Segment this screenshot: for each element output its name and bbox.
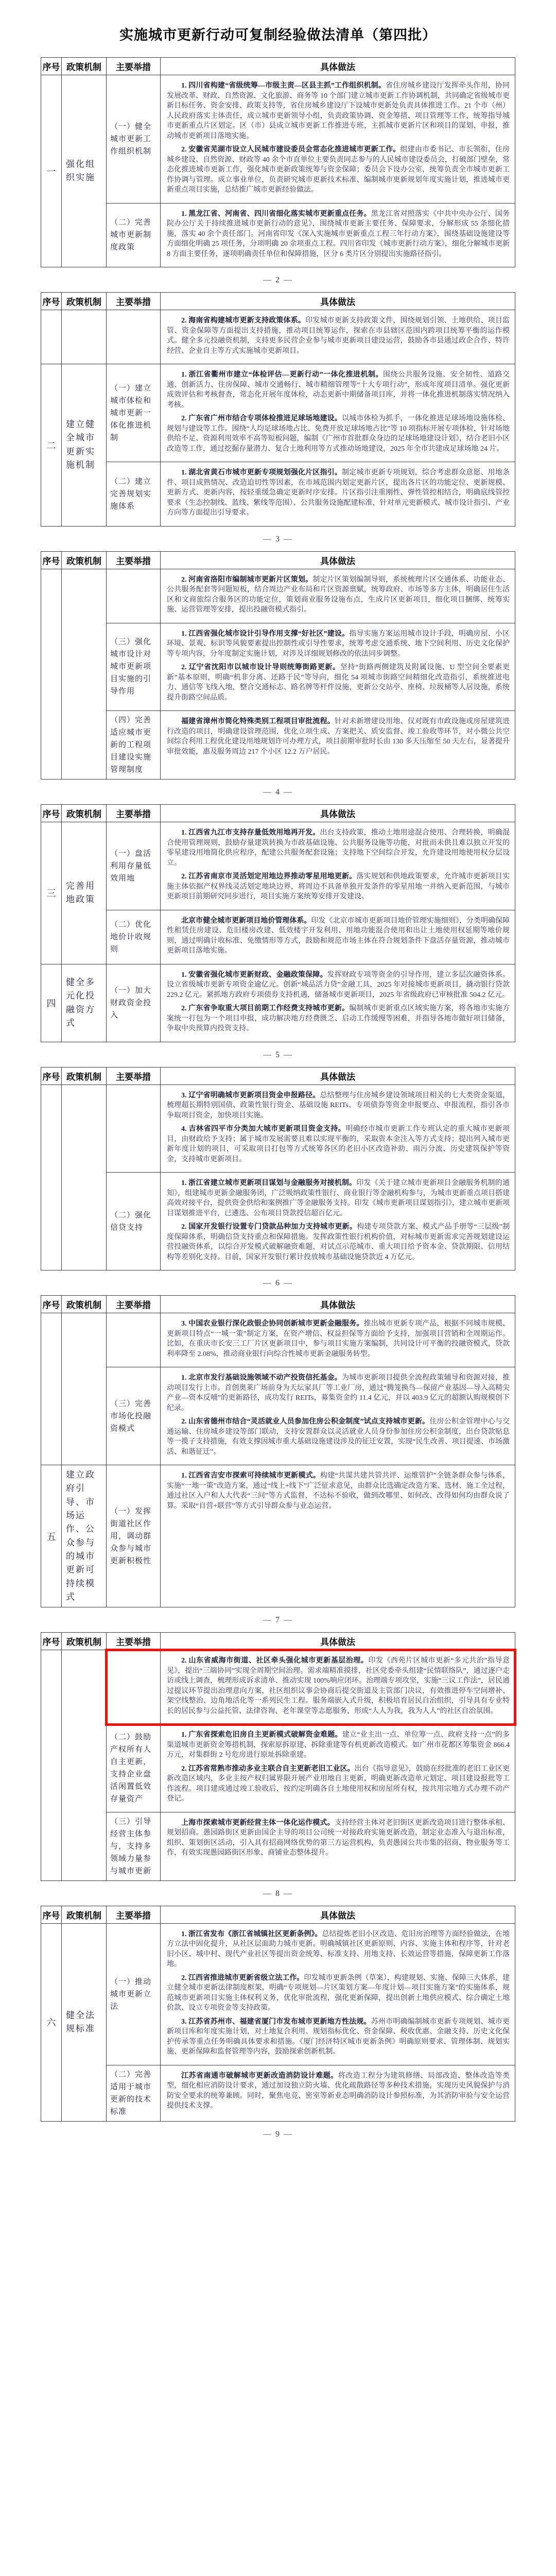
- practice-item: 3. 辽宁省明确城市更新项目资金申报路径。总结整理与住房城乡建设领域项目相关的七…: [167, 1091, 510, 1121]
- practice-cell: 上海市探索城市更新经营主体一体化运作模式。支持经营主体对老旧街区更新改造项目进行…: [161, 1812, 515, 1880]
- section-row: 2. 河南省洛阳市编制城市更新片区策划。制定片区策划编制导则，系统梳理片区交通体…: [41, 569, 515, 779]
- measure-row: （二）鼓励产权所有人自主更新，支持企业盘活闲置低效存量资产1. 广东省探索危旧房…: [107, 1724, 515, 1812]
- page-table: 序号政策机制主要举措具体做法3. 辽宁省明确城市更新项目资金申报路径。总结整理与…: [41, 1067, 515, 1271]
- header-cell-mechanism: 政策机制: [62, 1906, 107, 1923]
- measures-wrapper: （一）推动城市更新立法1. 浙江省发布《浙江省城镇社区更新条例》。总结提炼老旧小…: [107, 1924, 515, 2121]
- practice-item: 2. 安徽省芜湖市设立人民城市建设委员会常态化推进城市更新工作。组建由市委书记、…: [167, 145, 510, 195]
- page-marker: — 4 —: [41, 788, 515, 797]
- measures-wrapper: （一）发挥街道社区作用，调动群众参与城市更新积极性1. 江西省吉安市探索可持续城…: [107, 1465, 515, 1607]
- practice-item: 2. 辽宁省沈阳市以城市设计导则统筹街路更新。坚持“街路两侧建筑及附属设施、U …: [167, 663, 510, 703]
- header-cell-mechanism: 政策机制: [62, 1067, 107, 1084]
- practice-item: 3. 江苏省苏州市、福建省厦门市发布城市更新地方性法规。苏州市明确编制城市更新专…: [167, 2017, 510, 2057]
- page-table: 序号政策机制主要举措具体做法2. 山东省威海市街道、社区牵头强化城市更新基层治理…: [41, 1632, 515, 1881]
- practice-item: 2. 山东省威海市街道、社区牵头强化城市更新基层治理。印发《西苑片区城市更新“多…: [167, 1656, 510, 1716]
- item-lead: 1. 黑龙江省、河南省、四川省细化落实城市更新重点任务。: [181, 210, 371, 218]
- section-row: 2. 山东省威海市街道、社区牵头强化城市更新基层治理。印发《西苑片区城市更新“多…: [41, 1650, 515, 1880]
- item-lead: 3. 辽宁省明确城市更新项目资金申报路径。: [181, 1092, 320, 1099]
- page-marker: — 7 —: [41, 1616, 515, 1625]
- measure-label: [107, 1650, 161, 1724]
- page-marker: — 9 —: [41, 2130, 515, 2139]
- section-row: 三完善用地政策（一）盘活利用存量低效用地1. 江西省九江市支持存量低效用地再开发…: [41, 822, 515, 964]
- header-cell-no: 序号: [41, 552, 62, 569]
- item-lead: 2. 海南省构建城市更新支持政策体系。: [181, 317, 305, 325]
- practice-item: 上海市探索城市更新经营主体一体化运作模式。支持经营主体对老旧街区更新改造项目进行…: [167, 1818, 510, 1858]
- measure-row: （四）完善适应城市更新的工程项目建设实施管理制度福建省漳州市简化特殊类别工程项目…: [107, 711, 515, 779]
- measure-label: （一）加大财政资金投入: [107, 964, 161, 1042]
- item-lead: 2. 广东省广州市结合专项体检推进足球场地建设。: [181, 415, 342, 422]
- practice-cell: 2. 山东省威海市街道、社区牵头强化城市更新基层治理。印发《西苑片区城市更新“多…: [161, 1650, 515, 1724]
- header-cell-practice: 具体做法: [161, 293, 515, 310]
- section-number: 五: [41, 1465, 62, 1607]
- practice-cell: 1. 江西省九江市支持存量低效用地再开发。出台支持政策，推动土地用途混合使用、合…: [161, 822, 515, 910]
- measures-wrapper: 2. 河南省洛阳市编制城市更新片区策划。制定片区策划编制导则，系统梳理片区交通体…: [107, 569, 515, 779]
- item-lead: 1. 湖北省黄石市城市更新专项规划强化片区指引。: [181, 469, 342, 477]
- item-lead: 1. 江西省吉安市探索可持续城市更新模式。: [181, 1472, 320, 1480]
- measure-label: （一）盘活利用存量低效用地: [107, 822, 161, 910]
- practice-cell: 1. 四川省构建“省级统筹—市级主责—区县主抓”工作组织机制。省住房城乡建设厅发…: [161, 75, 515, 203]
- measure-label: [107, 1313, 161, 1367]
- measure-label: （二）建立完善规划实施体系: [107, 462, 161, 526]
- measure-label: （一）建立城市体检和城市更新一体化推进机制: [107, 364, 161, 462]
- section-number: [41, 1313, 62, 1465]
- table-header-row: 序号政策机制主要举措具体做法: [41, 1633, 515, 1650]
- header-cell-no: 序号: [41, 58, 62, 75]
- measures-wrapper: 2. 山东省威海市街道、社区牵头强化城市更新基层治理。印发《西苑片区城市更新“多…: [107, 1650, 515, 1880]
- mechanism-label: 健全法规标准: [62, 1924, 107, 2121]
- header-cell-mechanism: 政策机制: [62, 293, 107, 310]
- item-lead: 3. 江苏省苏州市、福建省厦门市发布城市更新地方性法规。: [181, 2018, 371, 2026]
- measure-row: 2. 海南省构建城市更新支持政策体系。印发城市更新支持政策文件，围绕规划引领、土…: [107, 310, 515, 364]
- measure-row: （一）盘活利用存量低效用地1. 江西省九江市支持存量低效用地再开发。出台支持政策…: [107, 822, 515, 910]
- header-cell-practice: 具体做法: [161, 1633, 515, 1650]
- item-lead: 福建省漳州市简化特殊类别工程项目审批流程。: [181, 718, 335, 725]
- header-cell-practice: 具体做法: [161, 805, 515, 822]
- practice-item: 1. 北京市发行基础设施领域不动产投资信托基金。为城市更新项目提供全流程政策辅导…: [167, 1373, 510, 1413]
- practice-item: 1. 江西省强化城市设计引导作用支撑“好社区”建设。指导实施方案运用城市设计手段…: [167, 629, 510, 659]
- practice-item: 福建省漳州市简化特殊类别工程项目审批流程。针对未新增建设用地、仅对既有市政设施或…: [167, 717, 510, 757]
- measures-wrapper: 3. 辽宁省明确城市更新项目资金申报路径。总结整理与住房城乡建设领域项目相关的七…: [107, 1085, 515, 1270]
- section-row: 一强化组织实施（一）健全城市更新工作组织机制1. 四川省构建“省级统筹—市级主责…: [41, 75, 515, 267]
- practice-cell: 1. 浙江省发布《浙江省城镇社区更新条例》。总结提炼老旧小区改造、危旧房治理等方…: [161, 1924, 515, 2065]
- measures-wrapper: 3. 中国农业银行深化政银企协同创新城市更新金融服务。推出城市更新专项产品，根据…: [107, 1313, 515, 1465]
- practice-cell: 1. 广东省探索危旧房自主更新模式破解资金难题。建立“业主出一点、单位筹一点、政…: [161, 1724, 515, 1812]
- practice-item: 2. 山东省德州市结合“灵活就业人员参加住房公积金制度”试点支持城市更新。住房公…: [167, 1417, 510, 1457]
- practice-item: 北京市健全城市更新项目地价管理体系。印发《北京市城市更新项目地价管理实施细则》，…: [167, 916, 510, 956]
- measure-row: （一）发挥街道社区作用，调动群众参与城市更新积极性1. 江西省吉安市探索可持续城…: [107, 1465, 515, 1607]
- page-marker: — 2 —: [41, 276, 515, 285]
- measure-label: [107, 569, 161, 623]
- measure-label: （一）健全城市更新工作组织机制: [107, 75, 161, 203]
- item-lead: 2. 江苏省南京市灵活划定用地边界推动零星用地更新。: [181, 873, 356, 880]
- section-row: 六健全法规标准（一）推动城市更新立法1. 浙江省发布《浙江省城镇社区更新条例》。…: [41, 1924, 515, 2121]
- measure-label: （二）优化地价计收规则: [107, 910, 161, 964]
- practice-item: 4. 吉林省四平市分类加大城市更新项目资金支持。明确经市城市更新工作专班认定的重…: [167, 1124, 510, 1164]
- measures-wrapper: （一）加大财政资金投入1. 安徽省强化城市更新财政、金融政策保障。发挥财政专项等…: [107, 964, 515, 1042]
- page-table: 序号政策机制主要举措具体做法三完善用地政策（一）盘活利用存量低效用地1. 江西省…: [41, 804, 515, 1042]
- section-row: 二建立健全城市更新实施机制（一）建立城市体检和城市更新一体化推进机制1. 浙江省…: [41, 364, 515, 526]
- measure-row: （二）完善适用于城市更新的技术标准江苏省南通市破解城市更新改造消防设计难题。将改…: [107, 2065, 515, 2121]
- measure-row: （三）强化城市设计对城市更新项目实施的引导作用1. 江西省强化城市设计引导作用支…: [107, 623, 515, 711]
- item-lead: 2. 广东省争取重大项目前期工作经费支持城市更新。: [181, 1005, 349, 1012]
- measure-row: 3. 辽宁省明确城市更新项目资金申报路径。总结整理与住房城乡建设领域项目相关的七…: [107, 1085, 515, 1173]
- header-cell-measure: 主要举措: [107, 1067, 161, 1084]
- table-header-row: 序号政策机制主要举措具体做法: [41, 805, 515, 822]
- measure-row: （二）建立完善规划实施体系1. 湖北省黄石市城市更新专项规划强化片区指引。制定城…: [107, 462, 515, 526]
- practice-cell: 1. 湖北省黄石市城市更新专项规划强化片区指引。制定城市更新专项规划，综合考虑群…: [161, 462, 515, 526]
- mechanism-label: 强化组织实施: [62, 75, 107, 267]
- item-lead: 1. 浙江省建立城市更新项目谋划与金融服务对接机制。: [181, 1179, 356, 1187]
- section-row: 2. 海南省构建城市更新支持政策体系。印发城市更新支持政策文件，围绕规划引领、土…: [41, 310, 515, 364]
- item-lead: 1. 江西省九江市支持存量低效用地再开发。: [181, 829, 320, 837]
- header-cell-practice: 具体做法: [161, 1067, 515, 1084]
- section-number: 三: [41, 822, 62, 964]
- section-number: [41, 1650, 62, 1880]
- measure-row: 3. 中国农业银行深化政银企协同创新城市更新金融服务。推出城市更新专项产品，根据…: [107, 1313, 515, 1367]
- item-lead: 3. 中国农业银行深化政银企协同创新城市更新金融服务。: [181, 1320, 364, 1328]
- practice-cell: 1. 江西省强化城市设计引导作用支撑“好社区”建设。指导实施方案运用城市设计手段…: [161, 623, 515, 711]
- section-number: [41, 1085, 62, 1270]
- page-table: 序号政策机制主要举措具体做法一强化组织实施（一）健全城市更新工作组织机制1. 四…: [41, 57, 515, 267]
- measure-row: （三）引导经营主体参与，支持多领域力量参与城市更新上海市探索城市更新经营主体一体…: [107, 1812, 515, 1880]
- practice-item: 2. 国家开发银行设置专门贷款品种加力支持城市更新。构建专项贷款方案、模式产品手…: [167, 1222, 510, 1262]
- item-lead: 1. 北京市发行基础设施领域不动产投资信托基金。: [181, 1374, 342, 1382]
- header-cell-no: 序号: [41, 1296, 62, 1313]
- measure-row: （二）强化信贷支持1. 浙江省建立城市更新项目谋划与金融服务对接机制。印发《关于…: [107, 1173, 515, 1270]
- table-header-row: 序号政策机制主要举措具体做法: [41, 1906, 515, 1924]
- header-cell-no: 序号: [41, 1906, 62, 1923]
- practice-cell: 福建省漳州市简化特殊类别工程项目审批流程。针对未新增建设用地、仅对既有市政设施或…: [161, 711, 515, 779]
- header-cell-mechanism: 政策机制: [62, 1296, 107, 1313]
- measure-row: （一）健全城市更新工作组织机制1. 四川省构建“省级统筹—市级主责—区县主抓”工…: [107, 75, 515, 204]
- practice-cell: 2. 海南省构建城市更新支持政策体系。印发城市更新支持政策文件，围绕规划引领、土…: [161, 310, 515, 364]
- item-lead: 2. 安徽省芜湖市设立人民城市建设委员会常态化推进城市更新工作。: [181, 146, 400, 154]
- header-cell-measure: 主要举措: [107, 1296, 161, 1313]
- practice-item: 1. 浙江省发布《浙江省城镇社区更新条例》。总结提炼老旧小区改造、危旧房治理等方…: [167, 1929, 510, 1970]
- practice-item: 江苏省南通市破解城市更新改造消防设计难题。将改造工程分为建筑修缮、局部改造、整体…: [167, 2071, 510, 2111]
- red-highlight-box: 2. 山东省威海市街道、社区牵头强化城市更新基层治理。印发《西苑片区城市更新“多…: [107, 1650, 515, 1724]
- item-lead: 江苏省南通市破解城市更新改造消防设计难题。: [181, 2072, 338, 2080]
- header-cell-measure: 主要举措: [107, 552, 161, 569]
- section-row: 四健全多元化投融资方式（一）加大财政资金投入1. 安徽省强化城市更新财政、金融政…: [41, 964, 515, 1042]
- header-cell-practice: 具体做法: [161, 552, 515, 569]
- header-cell-no: 序号: [41, 1633, 62, 1650]
- table-header-row: 序号政策机制主要举措具体做法: [41, 58, 515, 75]
- practice-cell: 1. 安徽省强化城市更新财政、金融政策保障。发挥财政专项等资金的引导作用，建立多…: [161, 964, 515, 1042]
- practice-cell: 1. 浙江省衢州市建立“体检评估—更新行动”一体化推进机制。围绕公共服务设施、安…: [161, 364, 515, 462]
- measure-row: 2. 河南省洛阳市编制城市更新片区策划。制定片区策划编制导则，系统梳理片区交通体…: [107, 569, 515, 623]
- header-cell-mechanism: 政策机制: [62, 552, 107, 569]
- practice-item: 2. 河南省洛阳市编制城市更新片区策划。制定片区策划编制导则，系统梳理片区交通体…: [167, 575, 510, 615]
- section-number: [41, 310, 62, 364]
- page-marker: — 3 —: [41, 535, 515, 544]
- mechanism-label: [62, 1650, 107, 1880]
- mechanism-label: 建立政府引导、市场运作、公众参与的城市更新可持续模式: [62, 1465, 107, 1607]
- section-row: 3. 辽宁省明确城市更新项目资金申报路径。总结整理与住房城乡建设领域项目相关的七…: [41, 1085, 515, 1270]
- item-lead: 1. 江西省强化城市设计引导作用支撑“好社区”建设。: [181, 630, 349, 638]
- practice-item: 2. 海南省构建城市更新支持政策体系。印发城市更新支持政策文件，围绕规划引领、土…: [167, 316, 510, 356]
- practice-item: 2. 广东省广州市结合专项体检推进足球场地建设。以城市体检为抓手，一体化推进足球…: [167, 414, 510, 454]
- section-row: 五建立政府引导、市场运作、公众参与的城市更新可持续模式（一）发挥街道社区作用，调…: [41, 1465, 515, 1607]
- item-lead: 2. 山东省威海市街道、社区牵头强化城市更新基层治理。: [181, 1657, 368, 1665]
- page-table: 序号政策机制主要举措具体做法六健全法规标准（一）推动城市更新立法1. 浙江省发布…: [41, 1906, 515, 2122]
- header-cell-no: 序号: [41, 293, 62, 310]
- measures-wrapper: （一）建立城市体检和城市更新一体化推进机制1. 浙江省衢州市建立“体检评估—更新…: [107, 364, 515, 526]
- practice-cell: 3. 辽宁省明确城市更新项目资金申报路径。总结整理与住房城乡建设领域项目相关的七…: [161, 1085, 515, 1173]
- practice-item: 1. 湖北省黄石市城市更新专项规划强化片区指引。制定城市更新专项规划，综合考虑群…: [167, 468, 510, 518]
- mechanism-label: [62, 569, 107, 779]
- measure-label: （二）完善城市更新制度政策: [107, 204, 161, 267]
- measure-label: （二）鼓励产权所有人自主更新，支持企业盘活闲置低效存量资产: [107, 1724, 161, 1812]
- measures-wrapper: （一）健全城市更新工作组织机制1. 四川省构建“省级统筹—市级主责—区县主抓”工…: [107, 75, 515, 267]
- section-row: 3. 中国农业银行深化政银企协同创新城市更新金融服务。推出城市更新专项产品，根据…: [41, 1313, 515, 1465]
- mechanism-label: [62, 310, 107, 364]
- mechanism-label: [62, 1085, 107, 1270]
- practice-item: 1. 浙江省衢州市建立“体检评估—更新行动”一体化推进机制。围绕公共服务设施、安…: [167, 370, 510, 410]
- practice-item: 1. 江西省吉安市探索可持续城市更新模式。构建“共谋共建共管共评、运维管护”全链…: [167, 1471, 510, 1511]
- practice-cell: 2. 河南省洛阳市编制城市更新片区策划。制定片区策划编制导则，系统梳理片区交通体…: [161, 569, 515, 623]
- practice-item: 1. 江西省九江市支持存量低效用地再开发。出台支持政策，推动土地用途混合使用、合…: [167, 828, 510, 868]
- mechanism-label: 完善用地政策: [62, 822, 107, 964]
- page-marker: — 8 —: [41, 1889, 515, 1899]
- measure-label: （一）推动城市更新立法: [107, 1924, 161, 2065]
- header-cell-no: 序号: [41, 1067, 62, 1084]
- table-header-row: 序号政策机制主要举措具体做法: [41, 1296, 515, 1313]
- mechanism-label: 建立健全城市更新实施机制: [62, 364, 107, 526]
- header-cell-practice: 具体做法: [161, 58, 515, 75]
- mechanism-label: 健全多元化投融资方式: [62, 964, 107, 1042]
- header-cell-mechanism: 政策机制: [62, 1633, 107, 1650]
- item-lead: 2. 山东省德州市结合“灵活就业人员参加住房公积金制度”试点支持城市更新。: [181, 1418, 429, 1426]
- practice-item: 2. 江苏省南京市灵活划定用地边界推动零星用地更新。落实规划和供地政策要求，允许…: [167, 872, 510, 902]
- item-lead: 4. 吉林省四平市分类加大城市更新项目资金支持。: [181, 1125, 345, 1133]
- pages-container: 序号政策机制主要举措具体做法一强化组织实施（一）健全城市更新工作组织机制1. 四…: [41, 57, 515, 2139]
- measures-wrapper: 2. 海南省构建城市更新支持政策体系。印发城市更新支持政策文件，围绕规划引领、土…: [107, 310, 515, 364]
- item-lead: 上海市探索城市更新经营主体一体化运作模式。: [181, 1819, 335, 1827]
- practice-item: 2. 江苏省常熟市推动多业主联合自主更新老旧工业区。出台《指导意见》，鼓励在经批…: [167, 1764, 510, 1804]
- header-cell-no: 序号: [41, 805, 62, 822]
- page-table: 序号政策机制主要举措具体做法2. 河南省洛阳市编制城市更新片区策划。制定片区策划…: [41, 551, 515, 780]
- header-cell-practice: 具体做法: [161, 1906, 515, 1923]
- practice-item: 1. 四川省构建“省级统筹—市级主责—区县主抓”工作组织机制。省住房城乡建设厅发…: [167, 81, 510, 141]
- item-lead: 1. 安徽省强化城市更新财政、金融政策保障。: [181, 971, 327, 979]
- section-number: 二: [41, 364, 62, 526]
- section-number: 一: [41, 75, 62, 267]
- header-cell-measure: 主要举措: [107, 58, 161, 75]
- header-cell-mechanism: 政策机制: [62, 58, 107, 75]
- table-header-row: 序号政策机制主要举措具体做法: [41, 293, 515, 310]
- header-cell-measure: 主要举措: [107, 805, 161, 822]
- item-lead: 2. 江西省推进城市更新省级立法工作。: [181, 1974, 304, 1982]
- practice-item: 2. 江西省推进城市更新省级立法工作。印发城市更新条例（草案），构建规划、实施、…: [167, 1973, 510, 2013]
- measure-row: （一）加大财政资金投入1. 安徽省强化城市更新财政、金融政策保障。发挥财政专项等…: [107, 964, 515, 1042]
- header-cell-mechanism: 政策机制: [62, 805, 107, 822]
- item-lead: 1. 浙江省衢州市建立“体检评估—更新行动”一体化推进机制。: [181, 371, 383, 379]
- section-number: 六: [41, 1924, 62, 2121]
- page-table: 序号政策机制主要举措具体做法3. 中国农业银行深化政银企协同创新城市更新金融服务…: [41, 1295, 515, 1607]
- header-cell-practice: 具体做法: [161, 1296, 515, 1313]
- table-header-row: 序号政策机制主要举措具体做法: [41, 552, 515, 569]
- table-header-row: 序号政策机制主要举措具体做法: [41, 1067, 515, 1085]
- header-cell-measure: 主要举措: [107, 1633, 161, 1650]
- page-marker: — 5 —: [41, 1050, 515, 1060]
- practice-item: 2. 广东省争取重大项目前期工作经费支持城市更新。编制城市更新重点区域实施方案，…: [167, 1004, 510, 1034]
- measure-label: [107, 310, 161, 364]
- item-lead: 北京市健全城市更新项目地价管理体系。: [181, 917, 311, 925]
- document: 实施城市更新行动可复制经验做法清单（第四批） 序号政策机制主要举措具体做法一强化…: [41, 0, 515, 2167]
- practice-cell: 3. 中国农业银行深化政银企协同创新城市更新金融服务。推出城市更新专项产品，根据…: [161, 1313, 515, 1367]
- practice-cell: 1. 浙江省建立城市更新项目谋划与金融服务对接机制。印发《关于建立城市更新项目金…: [161, 1173, 515, 1270]
- item-lead: 1. 广东省探索危旧房自主更新模式破解资金难题。: [181, 1731, 342, 1739]
- item-lead: 2. 辽宁省沈阳市以城市设计导则统筹街路更新。: [181, 664, 340, 671]
- measure-label: [107, 1085, 161, 1173]
- section-number: 四: [41, 964, 62, 1042]
- measure-label: （四）完善适应城市更新的工程项目建设实施管理制度: [107, 711, 161, 779]
- header-cell-measure: 主要举措: [107, 293, 161, 310]
- measure-label: （三）强化城市设计对城市更新项目实施的引导作用: [107, 623, 161, 711]
- page-title: 实施城市更新行动可复制经验做法清单（第四批）: [41, 24, 515, 44]
- item-lead: 1. 四川省构建“省级统筹—市级主责—区县主抓”工作组织机制。: [181, 82, 386, 90]
- measures-wrapper: （一）盘活利用存量低效用地1. 江西省九江市支持存量低效用地再开发。出台支持政策…: [107, 822, 515, 964]
- practice-item: 1. 广东省探索危旧房自主更新模式破解资金难题。建立“业主出一点、单位筹一点、政…: [167, 1730, 510, 1760]
- header-cell-measure: 主要举措: [107, 1906, 161, 1923]
- mechanism-label: [62, 1313, 107, 1465]
- practice-item: 1. 安徽省强化城市更新财政、金融政策保障。发挥财政专项等资金的引导作用，建立多…: [167, 970, 510, 1001]
- page-marker: — 6 —: [41, 1279, 515, 1288]
- practice-cell: 北京市健全城市更新项目地价管理体系。印发《北京市城市更新项目地价管理实施细则》，…: [161, 910, 515, 964]
- practice-cell: 1. 黑龙江省、河南省、四川省细化落实城市更新重点任务。黑龙江省对照落实《中共中…: [161, 204, 515, 267]
- section-number: [41, 569, 62, 779]
- measure-label: （三）引导经营主体参与，支持多领域力量参与城市更新: [107, 1812, 161, 1880]
- practice-item: 1. 浙江省建立城市更新项目谋划与金融服务对接机制。印发《关于建立城市更新项目金…: [167, 1178, 510, 1218]
- measure-label: （二）完善适用于城市更新的技术标准: [107, 2065, 161, 2121]
- measure-row: （三）完善市场化投融资模式1. 北京市发行基础设施领域不动产投资信托基金。为城市…: [107, 1367, 515, 1465]
- practice-cell: 1. 江西省吉安市探索可持续城市更新模式。构建“共谋共建共管共评、运维管护”全链…: [161, 1465, 515, 1607]
- measure-label: （一）发挥街道社区作用，调动群众参与城市更新积极性: [107, 1465, 161, 1607]
- measure-label: （三）完善市场化投融资模式: [107, 1367, 161, 1465]
- practice-item: 3. 中国农业银行深化政银企协同创新城市更新金融服务。推出城市更新专项产品，根据…: [167, 1319, 510, 1359]
- item-lead: 2. 河南省洛阳市编制城市更新片区策划。: [181, 576, 312, 584]
- measure-label: （二）强化信贷支持: [107, 1173, 161, 1270]
- practice-item: 1. 黑龙江省、河南省、四川省细化落实城市更新重点任务。黑龙江省对照落实《中共中…: [167, 209, 510, 260]
- practice-cell: 江苏省南通市破解城市更新改造消防设计难题。将改造工程分为建筑修缮、局部改造、整体…: [161, 2065, 515, 2121]
- item-lead: 1. 浙江省发布《浙江省城镇社区更新条例》。: [181, 1930, 322, 1938]
- measure-row: （二）优化地价计收规则北京市健全城市更新项目地价管理体系。印发《北京市城市更新项…: [107, 910, 515, 964]
- measure-row: （二）完善城市更新制度政策1. 黑龙江省、河南省、四川省细化落实城市更新重点任务…: [107, 204, 515, 267]
- measure-row: （一）推动城市更新立法1. 浙江省发布《浙江省城镇社区更新条例》。总结提炼老旧小…: [107, 1924, 515, 2065]
- measure-row: （一）建立城市体检和城市更新一体化推进机制1. 浙江省衢州市建立“体检评估—更新…: [107, 364, 515, 462]
- item-lead: 2. 国家开发银行设置专门贷款品种加力支持城市更新。: [181, 1223, 357, 1231]
- practice-cell: 1. 北京市发行基础设施领域不动产投资信托基金。为城市更新项目提供全流程政策辅导…: [161, 1367, 515, 1465]
- item-lead: 2. 江苏省常熟市推动多业主联合自主更新老旧工业区。: [181, 1765, 355, 1773]
- page-table: 序号政策机制主要举措具体做法2. 海南省构建城市更新支持政策体系。印发城市更新支…: [41, 292, 515, 527]
